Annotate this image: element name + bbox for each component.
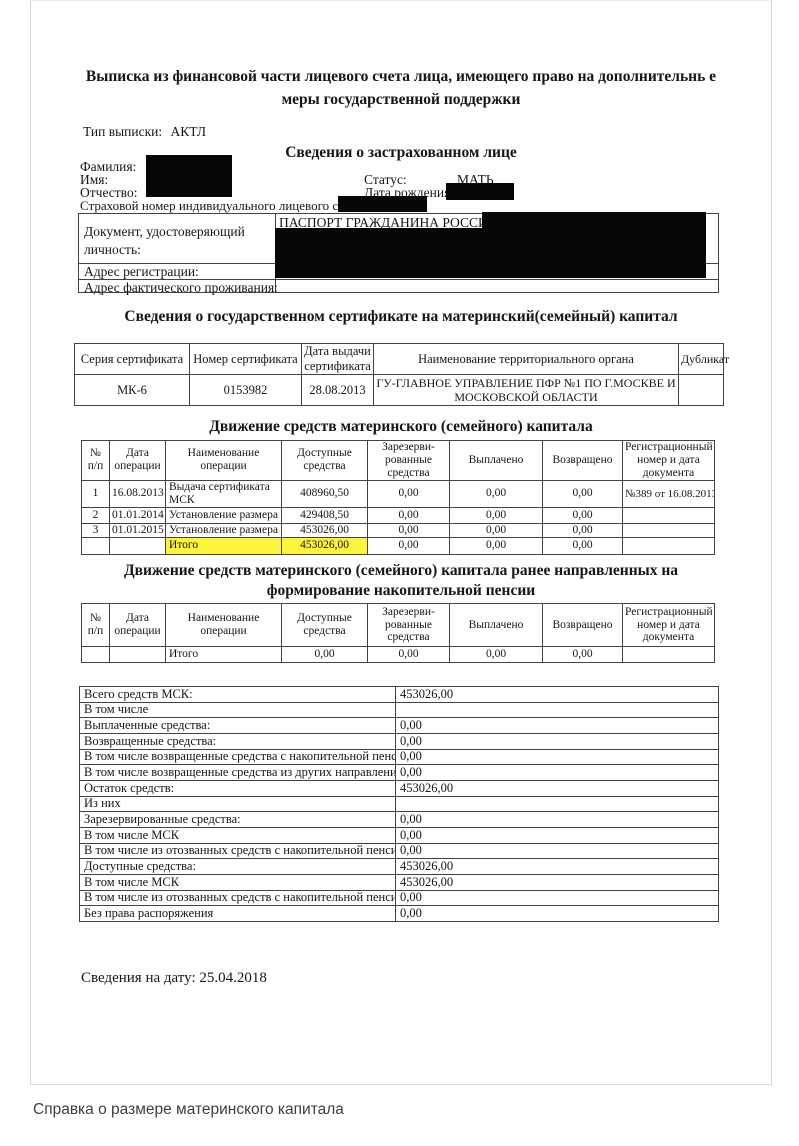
total-value-cell: 453026,00 — [282, 537, 368, 554]
summary-label: В том числе возвращенные средства из дру… — [80, 765, 396, 781]
table-row: Серия сертификата Номер сертификата Дата… — [75, 344, 724, 375]
summary-label: Всего средств МСК: — [80, 687, 396, 703]
identity-doc-label: Документ, удостоверяющий личность: — [84, 223, 270, 259]
redaction-block-birthdate — [446, 183, 514, 200]
data-as-of-date: Сведения на дату: 25.04.2018 — [81, 970, 267, 987]
cell: 2 — [82, 507, 110, 523]
summary-label: Без права распоряжения — [80, 906, 396, 922]
snils-label: Страховой номер индивидуального лицевого… — [80, 198, 365, 214]
table-row: Возвращенные средства:0,00 — [80, 733, 719, 749]
header-cell: Серия сертификата — [75, 344, 190, 375]
cell: 453026,00 — [282, 523, 368, 537]
table-row: В том числе из отозванных средств с нако… — [80, 890, 719, 906]
identity-table: Документ, удостоверяющий личность: ПАСПО… — [78, 213, 719, 293]
cell: Установление размера — [166, 507, 282, 523]
header-cell: Доступные средства — [282, 604, 368, 647]
summary-value — [396, 796, 719, 812]
cell: 0,00 — [368, 523, 450, 537]
cell: 16.08.2013 — [110, 480, 166, 507]
certificate-table: Серия сертификата Номер сертификата Дата… — [74, 343, 724, 406]
table-row: № п/п Дата операции Наименование операци… — [82, 441, 715, 481]
cell: 0,00 — [543, 507, 623, 523]
header-cell: Зарезерви-рованные средства — [368, 604, 450, 647]
cell: 0,00 — [543, 647, 623, 663]
cell: 0,00 — [450, 507, 543, 523]
statement-type-line: Тип выписки: АКТЛ — [83, 124, 206, 140]
summary-value: 0,00 — [396, 765, 719, 781]
total-label-cell: Итого — [166, 537, 282, 554]
summary-label: В том числе возвращенные средства с нако… — [80, 749, 396, 765]
table-row: Из них — [80, 796, 719, 812]
header-cell: Номер сертификата — [190, 344, 302, 375]
cell: МК-6 — [75, 375, 190, 406]
header-cell: Выплачено — [450, 441, 543, 481]
table-row: 2 01.01.2014 Установление размера 429408… — [82, 507, 715, 523]
cell: 408960,50 — [282, 480, 368, 507]
cell — [623, 647, 715, 663]
cell: 1 — [82, 480, 110, 507]
statement-type-value: АКТЛ — [171, 124, 206, 139]
header-cell: Возвращено — [543, 441, 623, 481]
table-row: Без права распоряжения0,00 — [80, 906, 719, 922]
summary-label: Доступные средства: — [80, 859, 396, 875]
header-cell: Наименование операции — [166, 604, 282, 647]
cell: 0,00 — [450, 537, 543, 554]
cell: 0,00 — [450, 523, 543, 537]
table-row: Доступные средства:453026,00 — [80, 859, 719, 875]
redaction-block-address — [275, 228, 706, 278]
summary-value: 0,00 — [396, 906, 719, 922]
table-row-total: Итого 453026,00 0,00 0,00 0,00 — [82, 537, 715, 554]
cell: 0,00 — [368, 647, 450, 663]
header-cell: Доступные средства — [282, 441, 368, 481]
table-row: В том числе из отозванных средств с нако… — [80, 843, 719, 859]
cell: 0,00 — [543, 480, 623, 507]
cell: 01.01.2014 — [110, 507, 166, 523]
reg-address-label: Адрес регистрации: — [84, 264, 199, 280]
header-cell: № п/п — [82, 604, 110, 647]
table-row-total: Итого 0,00 0,00 0,00 0,00 — [82, 647, 715, 663]
header-cell: Зарезерви-рованные средства — [368, 441, 450, 481]
table-row: № п/п Дата операции Наименование операци… — [82, 604, 715, 647]
summary-table: Всего средств МСК:453026,00 В том числе … — [79, 686, 719, 922]
cell: №389 от 16.08.2013 — [623, 480, 715, 507]
movement-title: Движение средств материнского (семейного… — [31, 418, 771, 436]
summary-value: 0,00 — [396, 843, 719, 859]
cell: 28.08.2013 — [302, 375, 374, 406]
table-row: В том числе возвращенные средства из дру… — [80, 765, 719, 781]
cell — [82, 647, 110, 663]
table-row: Зарезервированные средства:0,00 — [80, 812, 719, 828]
summary-label: Возвращенные средства: — [80, 733, 396, 749]
table-row: В том числе — [80, 702, 719, 718]
scanned-document-page: Выписка из финансовой части лицевого сче… — [30, 0, 772, 1085]
header-cell: Выплачено — [450, 604, 543, 647]
cell: 0,00 — [543, 523, 623, 537]
cell: ГУ-ГЛАВНОЕ УПРАВЛЕНИЕ ПФР №1 ПО Г.МОСКВЕ… — [374, 375, 679, 406]
screenshot-canvas: Выписка из финансовой части лицевого сче… — [0, 0, 799, 1146]
movement2-table: № п/п Дата операции Наименование операци… — [81, 603, 715, 663]
table-row: В том числе МСК0,00 — [80, 827, 719, 843]
cell — [623, 523, 715, 537]
cell: 0,00 — [282, 647, 368, 663]
header-cell: Дубликат — [679, 344, 724, 375]
cell: 429408,50 — [282, 507, 368, 523]
cell: 0,00 — [368, 507, 450, 523]
summary-value: 453026,00 — [396, 780, 719, 796]
cell: 0,00 — [450, 647, 543, 663]
summary-label: Выплаченные средства: — [80, 718, 396, 734]
summary-label: В том числе из отозванных средств с нако… — [80, 843, 396, 859]
summary-value: 0,00 — [396, 812, 719, 828]
cell — [110, 537, 166, 554]
cell: Выдача сертификата МСК — [166, 480, 282, 507]
header-cell: Дата выдачи сертификата — [302, 344, 374, 375]
header-cell: Регистрационный номер и дата документа — [623, 441, 715, 481]
movement-table: № п/п Дата операции Наименование операци… — [81, 440, 715, 555]
fact-address-label: Адрес фактического проживания: — [84, 280, 278, 296]
summary-label: В том числе МСК — [80, 874, 396, 890]
header-cell: Дата операции — [110, 604, 166, 647]
cell: 0,00 — [543, 537, 623, 554]
cell: 0,00 — [368, 537, 450, 554]
document-title: Выписка из финансовой части лицевого сче… — [31, 65, 771, 111]
header-cell: № п/п — [82, 441, 110, 481]
cell: Установление размера — [166, 523, 282, 537]
cell: 3 — [82, 523, 110, 537]
summary-value: 0,00 — [396, 733, 719, 749]
summary-label: В том числе МСК — [80, 827, 396, 843]
summary-value: 453026,00 — [396, 859, 719, 875]
summary-value: 453026,00 — [396, 687, 719, 703]
document-title-line1: Выписка из финансовой части лицевого сче… — [31, 65, 771, 88]
summary-value: 0,00 — [396, 749, 719, 765]
movement2-title: Движение средств материнского (семейного… — [81, 561, 721, 601]
summary-value: 0,00 — [396, 827, 719, 843]
cell: 0,00 — [450, 480, 543, 507]
summary-value — [396, 702, 719, 718]
table-row: МК-6 0153982 28.08.2013 ГУ-ГЛАВНОЕ УПРАВ… — [75, 375, 724, 406]
table-row: Всего средств МСК:453026,00 — [80, 687, 719, 703]
cell: 01.01.2015 — [110, 523, 166, 537]
summary-label: Зарезервированные средства: — [80, 812, 396, 828]
page-caption: Справка о размере материнского капитала — [33, 1101, 344, 1119]
cell — [82, 537, 110, 554]
cell — [623, 507, 715, 523]
summary-label: В том числе из отозванных средств с нако… — [80, 890, 396, 906]
table-row: В том числе МСК453026,00 — [80, 874, 719, 890]
cell: 0,00 — [368, 480, 450, 507]
certificate-section-heading: Сведения о государственном сертификате н… — [31, 308, 771, 326]
header-cell: Наименование операции — [166, 441, 282, 481]
cell — [623, 537, 715, 554]
header-cell: Регистрационный номер и дата документа — [623, 604, 715, 647]
redaction-block-snils — [338, 196, 427, 212]
cell — [110, 647, 166, 663]
table-row: 1 16.08.2013 Выдача сертификата МСК 4089… — [82, 480, 715, 507]
summary-value: 453026,00 — [396, 874, 719, 890]
redaction-block-passport — [482, 212, 706, 229]
summary-label: Из них — [80, 796, 396, 812]
summary-label: Остаток средств: — [80, 780, 396, 796]
table-row: Выплаченные средства:0,00 — [80, 718, 719, 734]
cell — [679, 375, 724, 406]
redaction-block-fio — [146, 155, 232, 197]
table-row: В том числе возвращенные средства с нако… — [80, 749, 719, 765]
header-cell: Дата операции — [110, 441, 166, 481]
summary-value: 0,00 — [396, 718, 719, 734]
header-cell: Наименование территориального органа — [374, 344, 679, 375]
insured-section-heading: Сведения о застрахованном лице — [31, 144, 771, 162]
cell: 0153982 — [190, 375, 302, 406]
total-label-cell: Итого — [166, 647, 282, 663]
document-title-line2: меры государственной поддержки — [31, 88, 771, 111]
summary-label: В том числе — [80, 702, 396, 718]
statement-type-label: Тип выписки: — [83, 124, 162, 139]
header-cell: Возвращено — [543, 604, 623, 647]
summary-value: 0,00 — [396, 890, 719, 906]
table-row: Остаток средств:453026,00 — [80, 780, 719, 796]
table-row: 3 01.01.2015 Установление размера 453026… — [82, 523, 715, 537]
